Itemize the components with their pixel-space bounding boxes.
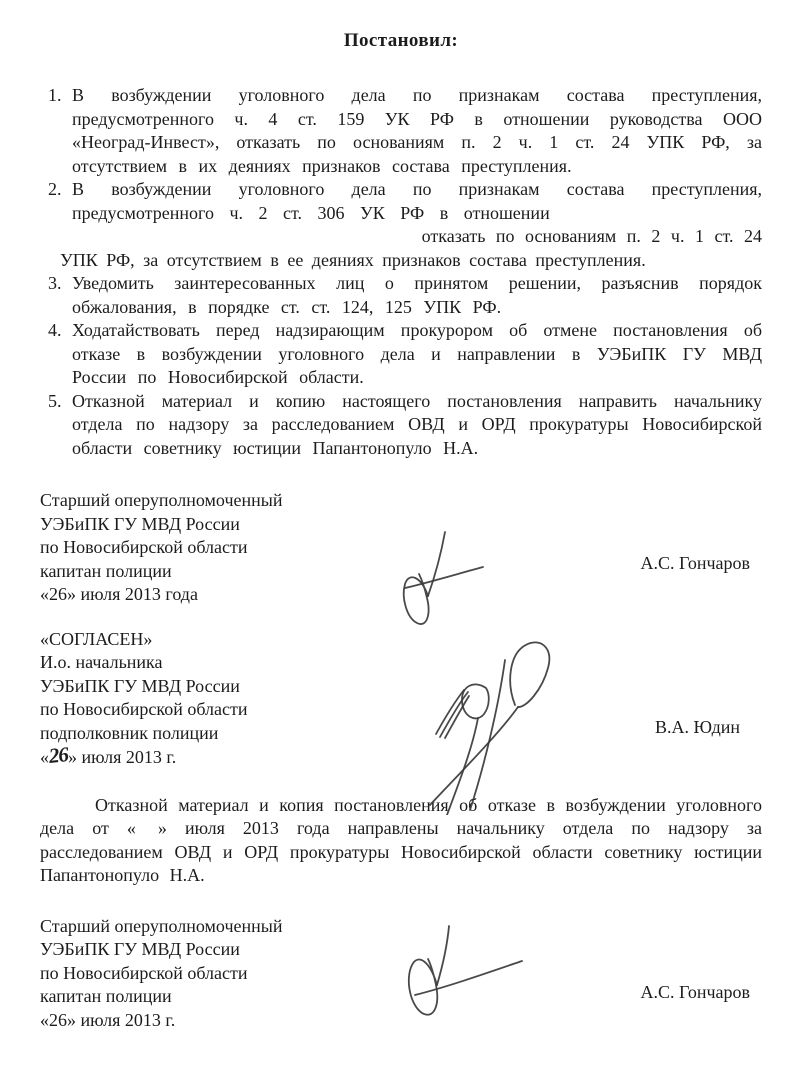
signer-name: А.С. Гончаров — [640, 552, 750, 576]
resolution-items-list: 1. В возбуждении уголовного дела по приз… — [40, 84, 762, 460]
date-quote-close: » — [68, 747, 77, 767]
signature-date: «26» июля 2013 г. — [40, 1009, 762, 1033]
signer-name: А.С. Гончаров — [640, 981, 750, 1005]
item-number: 4. — [48, 319, 72, 390]
item-line: отказать по основаниям п. 2 ч. 1 ст. 24 — [72, 225, 762, 249]
item-line: УПК РФ, за отсутствием в ее деяниях приз… — [60, 249, 762, 273]
list-item: 2. В возбуждении уголовного дела по приз… — [48, 178, 762, 272]
signer-unit-line: УЭБиПК ГУ МВД России — [40, 938, 762, 962]
closing-paragraph: Отказной материал и копия постановления … — [40, 794, 762, 888]
closing-text-after-blank: » июля 2013 года направлены начальнику о… — [40, 818, 762, 885]
item-number: 1. — [48, 84, 72, 178]
list-item: 4. Ходатайствовать перед надзирающим про… — [48, 319, 762, 390]
item-number: 5. — [48, 390, 72, 461]
signer-name: В.А. Юдин — [655, 716, 740, 740]
item-text: Уведомить заинтересованных лиц о принято… — [72, 272, 762, 319]
signature-block-goncharov-bottom: Старший оперуполномоченный УЭБиПК ГУ МВД… — [40, 915, 762, 1033]
handwritten-day: 26 — [48, 743, 69, 768]
item-text: В возбуждении уголовного дела по признак… — [72, 84, 762, 178]
signature-date: «26» июля 2013 г. — [40, 745, 762, 770]
signer-rank-line: подполковник полиции — [40, 722, 762, 746]
signature-block-goncharov-top: Старший оперуполномоченный УЭБиПК ГУ МВД… — [40, 489, 762, 607]
signature-date: «26» июля 2013 года — [40, 583, 762, 607]
signer-region-line: по Новосибирской области — [40, 698, 762, 722]
signer-position-line: И.о. начальника — [40, 651, 762, 675]
date-rest: июля 2013 г. — [77, 747, 176, 767]
item-text: Ходатайствовать перед надзирающим прокур… — [72, 319, 762, 390]
signer-unit-line: УЭБиПК ГУ МВД России — [40, 513, 762, 537]
item-line: предусмотренного ч. 2 ст. 306 УК РФ в от… — [72, 202, 762, 226]
list-item: 3. Уведомить заинтересованных лиц о прин… — [48, 272, 762, 319]
approval-stamp-text: «СОГЛАСЕН» — [40, 628, 762, 652]
scanned-document-page: Постановил: 1. В возбуждении уголовного … — [0, 0, 800, 1075]
item-line: В возбуждении уголовного дела по признак… — [72, 178, 762, 202]
list-item: 5. Отказной материал и копию настоящего … — [48, 390, 762, 461]
document-title: Постановил: — [40, 30, 762, 52]
item-number: 3. — [48, 272, 72, 319]
signer-unit-line: УЭБиПК ГУ МВД России — [40, 675, 762, 699]
list-item: 1. В возбуждении уголовного дела по приз… — [48, 84, 762, 178]
item-text: В возбуждении уголовного дела по признак… — [72, 178, 762, 272]
signer-position-line: Старший оперуполномоченный — [40, 489, 762, 513]
item-text: Отказной материал и копию настоящего пос… — [72, 390, 762, 461]
signer-position-line: Старший оперуполномоченный — [40, 915, 762, 939]
signature-block-yudin: «СОГЛАСЕН» И.о. начальника УЭБиПК ГУ МВД… — [40, 628, 762, 770]
